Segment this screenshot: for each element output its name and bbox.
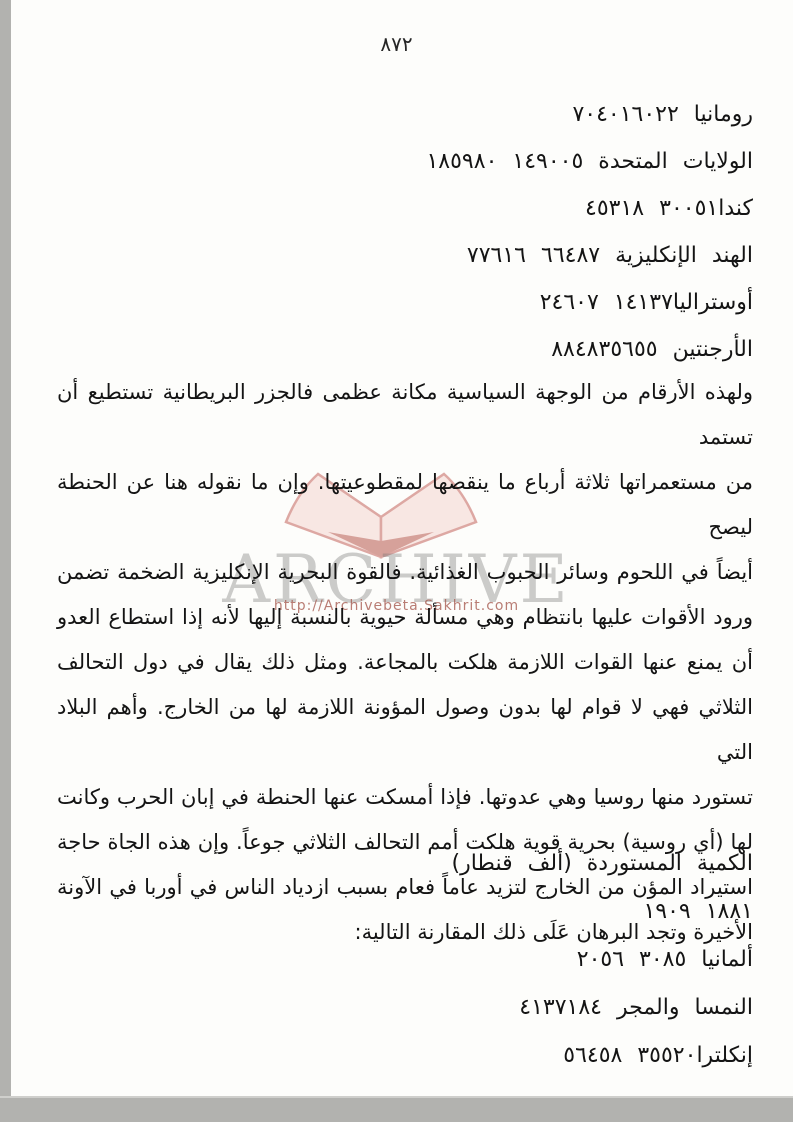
paragraph-line: تستورد منها روسيا وهي عدوتها. فإذا أمسكت…	[57, 775, 753, 820]
paragraph-line: ورود الأقوات عليها بانتظام وهي مسألة حيو…	[57, 595, 753, 640]
bottom-comparison-list: الكمية المستوردة (ألف قنطار) ١٨٨١ ١٩٠٩ أ…	[57, 840, 753, 1080]
paragraph-line: أيضاً في اللحوم وسائر الحبوب الغذائية. ف…	[57, 550, 753, 595]
page-number: ٨٧٢	[0, 32, 793, 56]
stat-line-united-states: الولايات المتحدة ١٤٩٠٠٥ ١٨٥٩٨٠	[57, 138, 753, 185]
comparison-title: الكمية المستوردة (ألف قنطار)	[57, 840, 753, 888]
stat-line-australia: أوستراليا١٤١٣٧ ٢٤٦٠٧	[57, 279, 753, 326]
stat-line-romania: رومانيا ٧٠٤٠١٦٠٢٢	[57, 91, 753, 138]
paragraph-line: أن يمنع عنها القوات اللازمة هلكت بالمجاع…	[57, 640, 753, 685]
paragraph-line: ولهذه الأرقام من الوجهة السياسية مكانة ع…	[57, 370, 753, 460]
paragraph-line: من مستعمراتها ثلاثة أرباع ما ينقصها لمقط…	[57, 460, 753, 550]
stat-line-canada: كندا٣٠٠٥١ ٤٥٣١٨	[57, 185, 753, 232]
comparison-years: ١٨٨١ ١٩٠٩	[57, 888, 753, 936]
stat-line-british-india: الهند الإنكليزية ٦٦٤٨٧ ٧٧٦١٦	[57, 232, 753, 279]
top-statistics-list: رومانيا ٧٠٤٠١٦٠٢٢ الولايات المتحدة ١٤٩٠٠…	[57, 91, 753, 373]
comparison-line-england: إنكلترا٣٥٥٢٠ ٥٦٤٥٨	[57, 1032, 753, 1080]
paragraph-line: الثلاثي فهي لا قوام لها بدون وصول المؤون…	[57, 685, 753, 775]
stat-line-argentina: الأرجنتين ٨٨٤٨٣٥٦٥٥	[57, 326, 753, 373]
comparison-line-austria: النمسا والمجر ٤١٣٧١٨٤	[57, 984, 753, 1032]
scan-edge-bottom	[0, 1098, 793, 1122]
scanned-book-page: ARCHIVE http://Archivebeta.Sakhrit.com ٨…	[0, 0, 793, 1122]
comparison-line-germany: ألمانيا ٣٠٨٥ ٢٠٥٦	[57, 936, 753, 984]
